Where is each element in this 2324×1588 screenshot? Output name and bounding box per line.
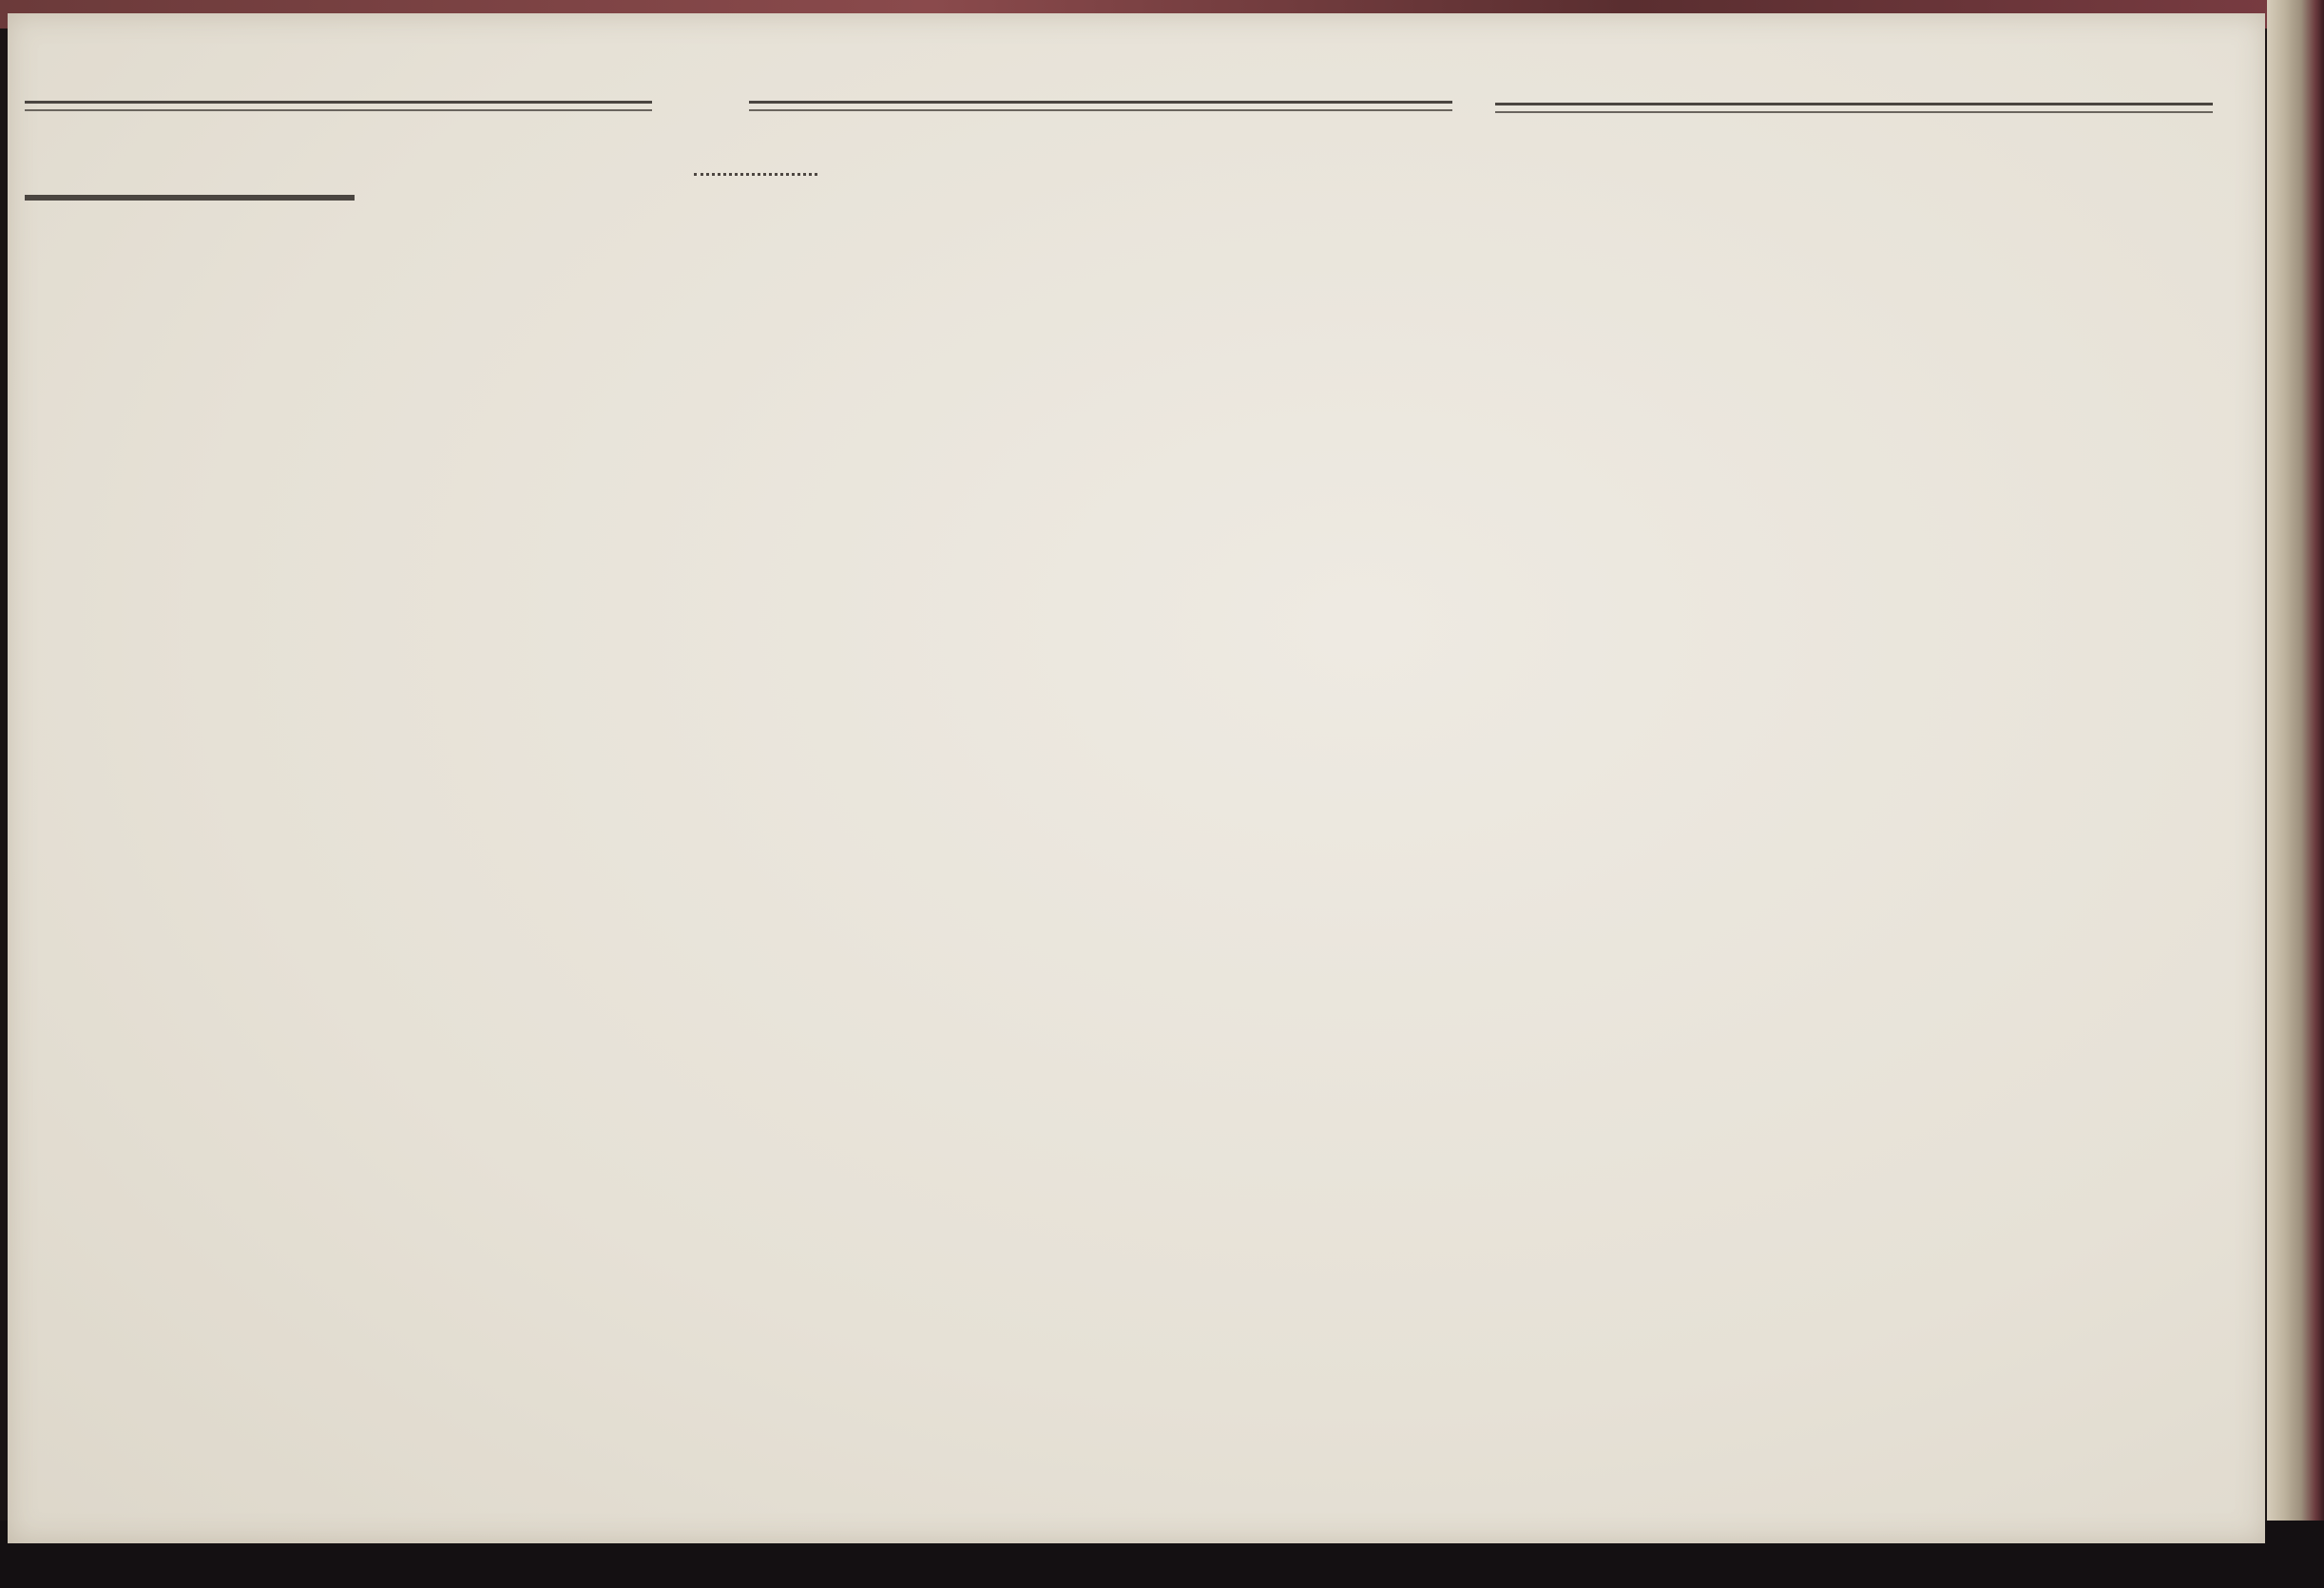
header-rule-province <box>25 101 652 111</box>
header-rule-partido <box>1495 103 2213 113</box>
fill-dots <box>694 173 817 176</box>
header-rule-ayuntamiento <box>749 101 1452 111</box>
book-page-edges <box>2267 0 2324 1588</box>
document-page <box>8 13 2265 1543</box>
rule <box>27 195 354 201</box>
